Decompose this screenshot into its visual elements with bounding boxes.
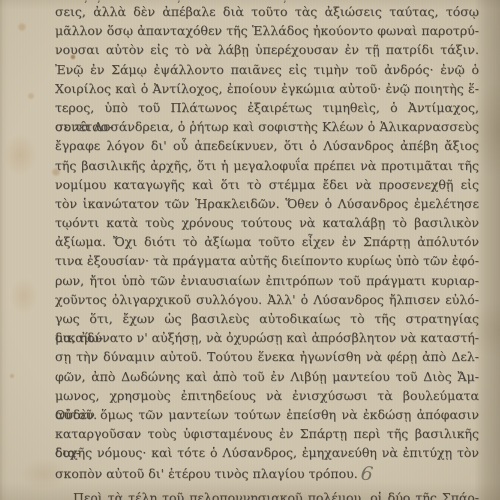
text-line: τῆς βασιλικῆς ἀρχῆς, ὅτι ἡ μεγαλοφυΐα πρ…	[55, 156, 479, 175]
text-line: τῳόντι κατὰ τοὺς χρόνους τούτους νὰ κατα…	[55, 213, 479, 232]
text-line: νουσαι αὐτὸν εἰς τὸ νὰ λάβῃ ὑπερέχουσαν …	[55, 40, 479, 59]
text-line: ἀξίωμα. Ὄχι διότι τὸ ἀξίωμα τοῦτο εἶχεν …	[55, 232, 479, 251]
text-line: Χοιρίλος καὶ ὁ Ἀντίλοχος, ἐποίουν ἐγκώμι…	[55, 79, 479, 98]
text-line: μωνος, χρησμοὺς ἐπιτηδείους νὰ ἐνισχύσωσ…	[55, 386, 479, 405]
text-line: μᾶλλον ὅσῳ ἀπανταχόθεν τῆς Ἑλλάδος ἠκούο…	[55, 21, 479, 40]
text-line-new-paragraph-clipped: Περὶ τὰ τέλη τοῦ πελοποννησιακοῦ πολέμου…	[55, 488, 479, 500]
text-line: νομίμου καταγωγῆς καὶ ὅτι τὸ στέμμα ἔδει…	[55, 175, 479, 194]
text-line: σε τὰ Λυσάνδρεια, ὁ ῥήτωρ καὶ σοφιστὴς Κ…	[55, 117, 479, 136]
text-line: Οὐδὲν ὅμως τῶν μαντείων τούτων ἐπείσθη ν…	[55, 405, 479, 424]
text-line-paragraph-end: σκοπὸν αὐτοῦ δι' ἑτέρου τινὸς πλαγίου τρ…	[55, 463, 479, 482]
text-line: φῶν, ἀπὸ Δωδώνης καὶ ἀπὸ τοῦ ἐν Λιβύῃ μα…	[55, 367, 479, 386]
text-line: τερος, ὑπὸ τοῦ Πλάτωνος ἐξαιρέτως τιμηθε…	[55, 98, 479, 117]
text-line: ρων, ἤτοι ὑπὸ τῶν ἐνιαυσιαίων ἐπιτρόπων …	[55, 271, 479, 290]
text-line: γως ὅτι, ἔχων ὡς βασιλεὺς αὐτοδικαίως τὸ…	[55, 309, 479, 328]
text-line-content: σκοπὸν αὐτοῦ δι' ἑτέρου τινὸς πλαγίου τρ…	[55, 466, 358, 481]
text-line: τινα ἐξουσίαν· τὰ πράγματα αὐτῆς διείπον…	[55, 251, 479, 270]
text-line: τὸν ἱκανώτατον τῶν Ἡρακλειδῶν. Ὅθεν ὁ Λύ…	[55, 194, 479, 213]
text-line: σεις, ἀλλὰ δὲν ἀπέβαλε διὰ τοῦτο τὰς ἀξι…	[55, 2, 479, 21]
text-line: ἔγραφε λόγον δι' οὗ ἀπεδείκνυεν, ὅτι ὁ Λ…	[55, 136, 479, 155]
text-line: καταργοῦσαν τοὺς ὑφισταμένους ἐν Σπάρτῃ …	[55, 424, 479, 443]
book-page-text-block: σεις, ἀλλὰ δὲν ἀπέβαλε διὰ τοῦτο τὰς ἀξι…	[55, 2, 479, 500]
text-line: μα, ἠδύνατο ν' αὐξήσῃ, νὰ ὀχυρώσῃ καὶ ἀπ…	[55, 328, 479, 347]
text-line: χοῦντος ὀλιγαρχικοῦ συλλόγου. Ἀλλ' ὁ Λύσ…	[55, 290, 479, 309]
text-line: σῃ τὴν δύναμιν αὐτοῦ. Τούτου ἕνεκα ἠγωνί…	[55, 347, 479, 366]
text-line: δοχῆς νόμους· καὶ τότε ὁ Λύσανδρος, ἐμηχ…	[55, 443, 479, 462]
handwritten-annotation: 6	[360, 464, 374, 484]
text-line: Ἐνῷ ἐν Σάμῳ ἐψάλλοντο παιᾶνες εἰς τιμὴν …	[55, 60, 479, 79]
